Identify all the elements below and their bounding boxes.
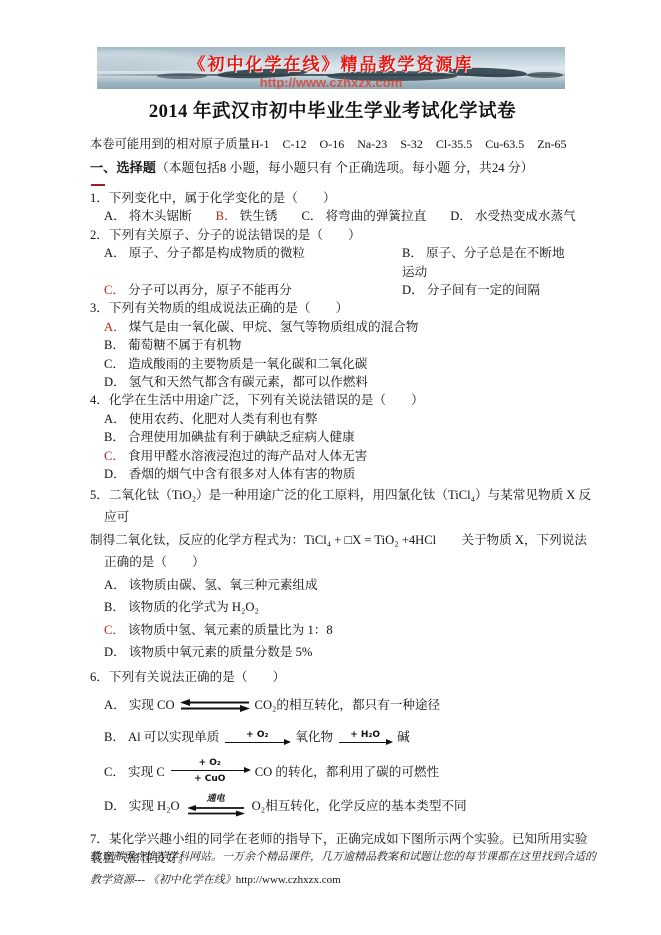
atomic-masses-values: H-1C-12O-16Na-23S-32Cl-35.5Cu-63.5Zn-65	[250, 137, 567, 151]
atomic-mass-value: Cl-35.5	[436, 137, 472, 151]
banner-title: 《初中化学在线》精品教学资源库	[97, 50, 565, 75]
arrow-label-electrolysis: 通电	[207, 794, 225, 804]
q5-option-a: A．该物质由碳、氢、氧三种元素组成	[104, 574, 575, 597]
q4-option-c: C．食用甲醛水溶液浸泡过的海产品对人体无害	[104, 447, 575, 465]
q2-stem: 2．下列有关原子、分子的说法错误的是（ ）	[90, 226, 575, 244]
q1-option-b: B．铁生锈	[216, 207, 278, 225]
q2-option-b: B．原子、分子总是在不断地运动	[402, 244, 575, 281]
arrow-label-cuo: + CuO	[194, 774, 225, 784]
question-4: 4．化学在生活中用途广泛，下列有关说法错误的是（ ） A．使用农药、化肥对人类有…	[90, 391, 575, 483]
answer-mark: C．	[104, 623, 125, 637]
q3-option-c: C．造成酸雨的主要物质是一氧化碳和二氧化碳	[104, 355, 575, 373]
q2-option-d: D．分子间有一定的间隔	[402, 281, 575, 299]
q2-option-a: A．原子、分子都是构成物质的微粒	[104, 244, 402, 281]
q5-stem-line1: 5．二氧化钛（TiO₂）是一种用途广泛的化工原料，用四氯化钛（TiCl₄）与某常…	[90, 484, 575, 507]
q3-stem: 3．下列有关物质的组成说法正确的是（ ）	[90, 299, 575, 317]
section-label: 一、选择题	[90, 160, 156, 175]
q6-option-b: B． Al 可以实现单质 + O₂ 氧化物 + H₂O 碱	[104, 728, 575, 746]
atomic-mass-value: S-32	[400, 137, 423, 151]
atomic-mass-value: Na-23	[357, 137, 387, 151]
arrow-label-h2o: + H₂O	[350, 730, 380, 740]
q6-option-d: D． 实现 H₂O 通电 O₂相互转化，化学反应的基本类型不同	[104, 795, 575, 817]
q4-option-a: A．使用农药、化肥对人类有利也有弊	[104, 410, 575, 428]
q2-options: A．原子、分子都是构成物质的微粒 B．原子、分子总是在不断地运动 C．分子可以再…	[104, 244, 575, 299]
section-desc: （本题包括8 小题，每小题只有 个正确选项。每小题 分，共24 分）	[156, 161, 534, 175]
q3-option-d: D．氢气和天然气都含有碳元素，都可以作燃料	[104, 373, 575, 391]
q3-option-b: B．葡萄糖不属于有机物	[104, 336, 575, 354]
atomic-mass-value: Zn-65	[537, 137, 566, 151]
atomic-masses-prefix: 本卷可能用到的相对原子质量	[90, 137, 250, 151]
arrow-label-o2: + O₂	[246, 730, 268, 740]
q5-option-d: D．该物质中氧元素的质量分数是 5%	[104, 641, 575, 664]
double-labeled-arrow-icon: + O₂ + CuO	[171, 758, 249, 785]
section-heading: 一、选择题（本题包括8 小题，每小题只有 个正确选项。每小题 分，共24 分）	[90, 157, 575, 176]
q1-option-a: A．将木头锯断	[104, 207, 192, 225]
q4-option-b: B．合理使用加碘盐有利于碘缺乏症病人健康	[104, 428, 575, 446]
q1-option-c: C．将弯曲的弹簧拉直	[301, 207, 426, 225]
answer-mark: C．	[104, 449, 125, 463]
footer: 教育部重点推荐学科网站。一万余个精品课件，几万逾精品教案和试题让您的每节课都在这…	[90, 846, 601, 892]
q5-stem-line3: 制得二氧化钛，反应的化学方程式为：TiCl₄ + □X = TiO₂ +4HCl…	[90, 529, 575, 552]
atomic-mass-value: O-16	[320, 137, 345, 151]
arrow-label-o2: + O₂	[199, 758, 221, 768]
banner-image: 《初中化学在线》精品教学资源库 http://www.czhxzx.com	[97, 47, 565, 89]
q6-option-a: A． 实现 CO CO₂的相互转化，都只有一种途径	[104, 696, 575, 714]
question-1: 1．下列变化中，属于化学变化的是（ ） A．将木头锯断 B．铁生锈 C．将弯曲的…	[90, 189, 575, 226]
q5-stem-line2: 应可	[104, 506, 575, 529]
q5-stem-line4: 正确的是（ ）	[104, 551, 575, 574]
labeled-arrow-icon: + O₂	[225, 730, 289, 743]
labeled-arrow-icon: + H₂O	[339, 730, 391, 743]
exam-page: 《初中化学在线》精品教学资源库 http://www.czhxzx.com 20…	[0, 0, 661, 935]
q4-stem: 4．化学在生活中用途广泛，下列有关说法错误的是（ ）	[90, 391, 575, 409]
q5-option-c: C．该物质中氢、氧元素的质量比为 1：8	[104, 619, 575, 642]
q6-option-c: C． 实现 C + O₂ + CuO CO 的转化，都利用了碳的可燃性	[104, 759, 575, 786]
footer-line2: 教学资源--- 《初中化学在线》http://www.czhxzx.com	[90, 869, 601, 892]
answer-mark: C．	[104, 283, 125, 297]
question-5: 5．二氧化钛（TiO₂）是一种用途广泛的化工原料，用四氯化钛（TiCl₄）与某常…	[90, 484, 575, 664]
atomic-mass-value: C-12	[283, 137, 307, 151]
footer-url: http://www.czhxzx.com	[236, 874, 341, 886]
answer-mark: B．	[216, 209, 237, 223]
banner-url: http://www.czhxzx.com	[97, 75, 565, 89]
footer-line1: 教育部重点推荐学科网站。一万余个精品课件，几万逾精品教案和试题让您的每节课都在这…	[90, 846, 601, 869]
q2-option-c: C．分子可以再分，原子不能再分	[104, 281, 402, 299]
q3-option-a: A．煤气是由一氧化碳、甲烷、氢气等物质组成的混合物	[104, 318, 575, 336]
question-6: 6．下列有关说法正确的是（ ） A． 实现 CO CO₂的相互转化，都只有一种途…	[90, 668, 575, 818]
q6-stem: 6．下列有关说法正确的是（ ）	[90, 668, 575, 686]
answer-mark: A．	[104, 320, 126, 334]
question-2: 2．下列有关原子、分子的说法错误的是（ ） A．原子、分子都是构成物质的微粒 B…	[90, 226, 575, 300]
q4-option-d: D．香烟的烟气中含有很多对人体有害的物质	[104, 465, 575, 483]
reversible-arrow-labeled-icon: 通电	[186, 794, 246, 816]
question-3: 3．下列有关物质的组成说法正确的是（ ） A．煤气是由一氧化碳、甲烷、氢气等物质…	[90, 299, 575, 391]
atomic-mass-value: Cu-63.5	[485, 137, 524, 151]
q1-stem: 1．下列变化中，属于化学变化的是（ ）	[90, 189, 575, 207]
q5-option-b: B．该物质的化学式为 H₂O₂	[104, 596, 575, 619]
page-title: 2014 年武汉市初中毕业生学业考试化学试卷	[90, 97, 575, 123]
red-dash-mark	[91, 184, 105, 186]
q1-option-d: D．水受热变成水蒸气	[450, 207, 575, 225]
q1-options: A．将木头锯断 B．铁生锈 C．将弯曲的弹簧拉直 D．水受热变成水蒸气	[104, 207, 575, 225]
atomic-masses-line: 本卷可能用到的相对原子质量H-1C-12O-16Na-23S-32Cl-35.5…	[90, 134, 575, 152]
reversible-arrow-icon	[179, 699, 251, 712]
atomic-mass-value: H-1	[251, 137, 270, 151]
